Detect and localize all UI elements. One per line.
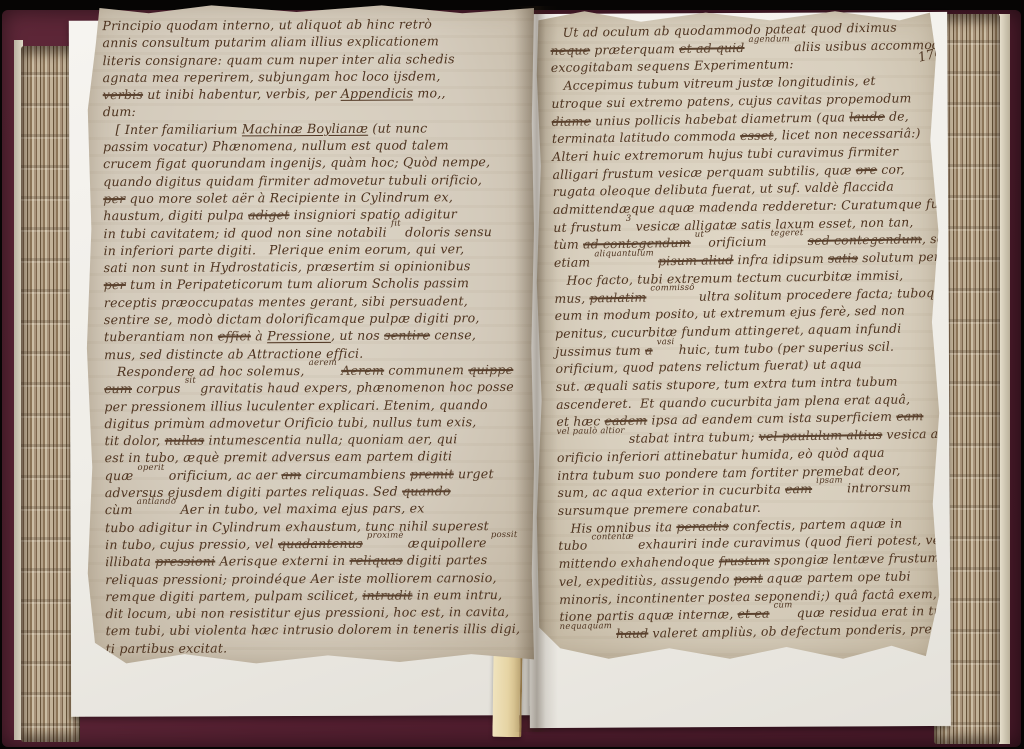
manuscript-line: ti partibus excitat.: [106, 638, 530, 658]
manuscript-line: quæ operit orificium, ac aer am circumam…: [105, 465, 529, 485]
manuscript-line: per quo more solet aër à Recipiente in C…: [103, 188, 527, 208]
manuscript-line: illibata pressioni Aerisque externi in r…: [105, 551, 529, 571]
left-manuscript-leaf: Principio quodam interno, ut aliquot ab …: [86, 4, 534, 666]
manuscript-line: literis consignare: quam cum nuper inter…: [103, 49, 527, 69]
manuscript-line: in tubo, cujus pressio, vel quadantenus …: [105, 534, 529, 554]
manuscript-line: reliquas pressioni; proindéque Aer iste …: [105, 568, 529, 588]
manuscript-line: verbis ut inibi habentur, verbis, per Ap…: [103, 84, 527, 104]
right-cover-lining: [999, 14, 1010, 744]
manuscript-line: passim vocatur) Phænomena, nullum est qu…: [103, 136, 527, 156]
right-page-text: Ut ad oculum ab quodammodo pateat quod d…: [550, 18, 940, 644]
manuscript-line: [ Inter familiarium Machinæ Boylianæ (ut…: [103, 119, 527, 139]
right-manuscript-leaf: Ut ad oculum ab quodammodo pateat quod d…: [536, 10, 940, 660]
manuscript-line: agnata mea reperirem, subjungam hoc loco…: [103, 67, 527, 87]
manuscript-line: in inferiori parte digiti. Plerique enim…: [104, 240, 528, 260]
manuscript-line: remque digiti partem, pulpam scilicet, i…: [105, 586, 529, 606]
manuscript-line: quando digitus quidam firmiter admovetur…: [103, 171, 527, 191]
manuscript-line: receptis præoccupatas mentes gerant, sib…: [104, 292, 528, 312]
manuscript-line: tem tubi, ubi violenta hæc intrusio dolo…: [105, 620, 529, 640]
manuscript-line: per pressionem illius luculenter explica…: [104, 395, 528, 415]
manuscript-line: tit dolor, nullas intumescentia nulla; q…: [105, 430, 529, 450]
manuscript-line: in tubi cavitatem; id quod non sine nota…: [103, 222, 527, 242]
manuscript-line: dum:: [103, 101, 527, 121]
manuscript-line: sentire se, modò dictam dolorificamque p…: [104, 309, 528, 329]
manuscript-line: Principio quodam interno, ut aliquot ab …: [102, 15, 526, 35]
manuscript-line: dit locum, ubi non resistitur ejus press…: [105, 603, 529, 623]
photograph-background: Principio quodam interno, ut aliquot ab …: [0, 0, 1024, 749]
manuscript-line: haustum, digiti pulpa adiget insigniori …: [103, 205, 527, 225]
manuscript-line: tubo adigitur in Cylindrum exhaustum, tu…: [105, 516, 529, 536]
manuscript-line: cùm antlando Aer in tubo, vel maxima eju…: [105, 499, 529, 519]
manuscript-line: Respondere ad hoc solemus, aerem Aerem c…: [104, 361, 528, 381]
manuscript-line: est in tubo, æquè premit adversus eam pa…: [105, 447, 529, 467]
manuscript-line: sati non sunt in Hydrostaticis, præserti…: [104, 257, 528, 277]
manuscript-line: cum corpus sit gravitatis haud expers, p…: [104, 378, 528, 398]
manuscript-line: digitus primùm admovetur Orificio tubi, …: [104, 413, 528, 433]
manuscript-line: crucem figat quorundam ingenijs, quàm ho…: [103, 153, 527, 173]
manuscript-line: annis consultum putarim aliam illius exp…: [102, 32, 526, 52]
manuscript-line: tuberantiam non effici à Pressione, ut n…: [104, 326, 528, 346]
manuscript-line: per tum in Peripateticorum tum aliorum S…: [104, 274, 528, 294]
left-page-text: Principio quodam interno, ut aliquot ab …: [102, 15, 529, 657]
bookmark-tab: [492, 645, 522, 737]
